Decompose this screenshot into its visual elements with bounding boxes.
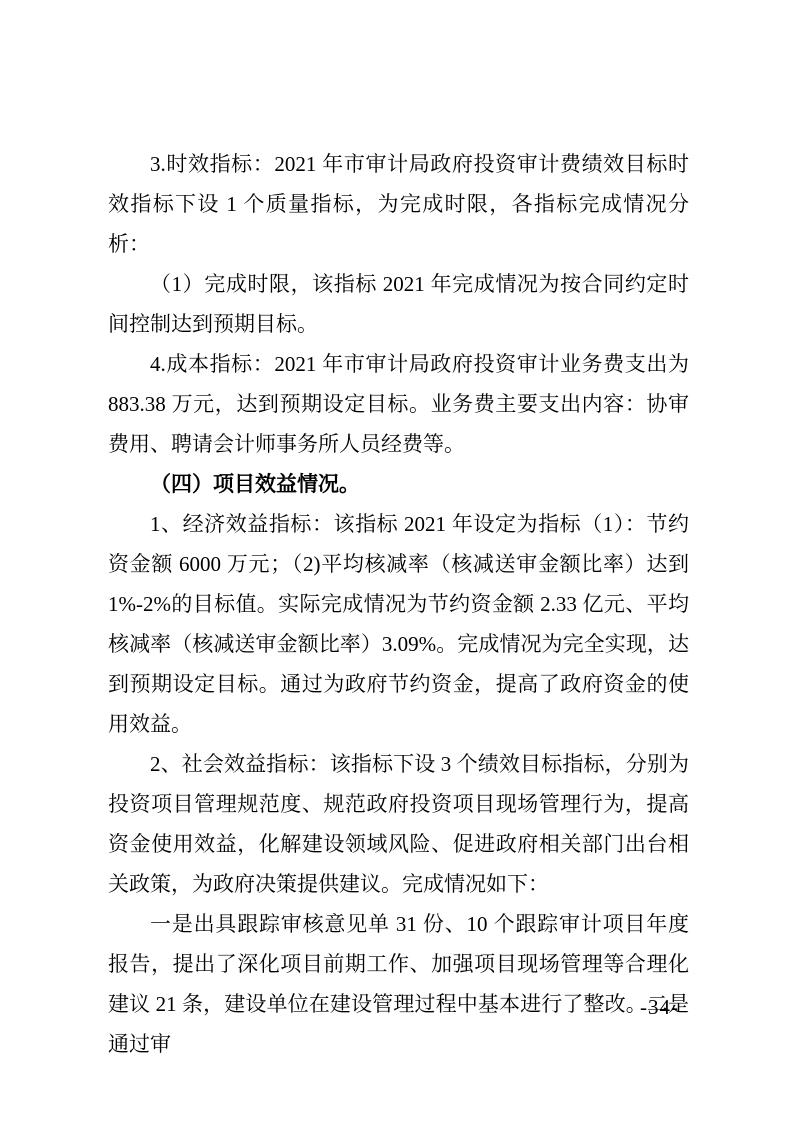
paragraph-cost-indicator: 4.成本指标：2021 年市审计局政府投资审计业务费支出为 883.38 万元，… (108, 344, 689, 464)
paragraph-social-benefit: 2、社会效益指标：该指标下设 3 个绩效目标指标，分别为投资项目管理规范度、规范… (108, 744, 689, 904)
paragraph-economic-benefit: 1、经济效益指标：该指标 2021 年设定为指标（1）：节约资金额 6000 万… (108, 504, 689, 744)
paragraph-tracking-audit: 一是出具跟踪审核意见单 31 份、10 个跟踪审计项目年度报告，提出了深化项目前… (108, 904, 689, 1064)
section-heading-project-benefit: （四）项目效益情况。 (108, 464, 689, 504)
document-page: 3.时效指标：2021 年市审计局政府投资审计费绩效目标时效指标下设 1 个质量… (0, 0, 793, 1122)
document-body: 3.时效指标：2021 年市审计局政府投资审计费绩效目标时效指标下设 1 个质量… (108, 144, 689, 1064)
paragraph-time-indicator: 3.时效指标：2021 年市审计局政府投资审计费绩效目标时效指标下设 1 个质量… (108, 144, 689, 264)
page-number: -34- (640, 992, 679, 1022)
paragraph-completion-deadline: （1）完成时限，该指标 2021 年完成情况为按合同约定时间控制达到预期目标。 (108, 264, 689, 344)
